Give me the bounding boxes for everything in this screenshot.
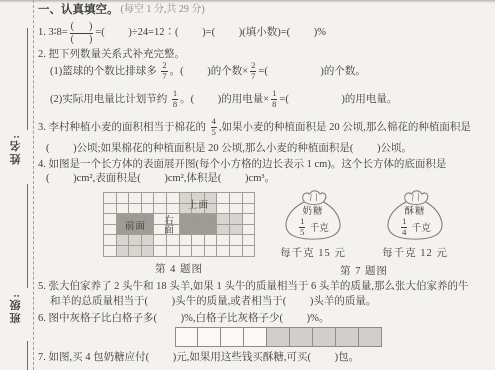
question-5-line-1: 5. 张大伯家养了 2 头牛和 18 头羊,如果 1 头牛的质量相当于 6 头羊…: [38, 280, 469, 293]
fraction-denominator: 8: [271, 99, 277, 110]
bag-weight: 1 5 千克: [297, 217, 329, 238]
fraction-numerator: 2: [250, 61, 256, 71]
section-score-note: (每空 1 分,共 29 分): [121, 4, 205, 17]
q3-text-c: ( )公顷;如果棉花的种植面积是 20 公顷,那么小麦的种植面积是( )公顷。: [46, 142, 412, 155]
fraction-numerator: 1: [299, 217, 305, 227]
net-cell: [243, 193, 256, 204]
net-cell: [167, 235, 180, 246]
net-cell: [129, 246, 142, 257]
q6-text: 6. 图中灰格子比白格子多( )%,白格子比灰格子少( )%。: [38, 312, 329, 325]
fraction-denominator: 5: [211, 127, 217, 138]
fraction-denominator: 5: [299, 227, 305, 238]
net-cell: [117, 204, 130, 215]
name-label: 姓名:: [8, 133, 24, 165]
strip-white-square: [221, 327, 244, 347]
net-cell: [142, 235, 155, 246]
net-cell: [217, 225, 230, 236]
bag-weight-fraction: 1 4: [401, 217, 407, 238]
net-cell: [154, 204, 167, 215]
question-2-item-2: (2)实际用电量比计划节约 1 8 。( )的用电量× 1 8 =( )的用电量…: [50, 89, 397, 110]
net-cell: [243, 235, 256, 246]
net-cell: [217, 214, 230, 225]
q2i1-text-a: (1)篮球的个数比排球多: [50, 65, 159, 78]
net-cell: [192, 214, 205, 225]
bag-weight-unit: 千克: [307, 220, 328, 234]
net-cell: [167, 193, 180, 204]
net-cell: [180, 246, 193, 257]
q2i1-fraction-2: 2 7: [250, 61, 256, 82]
q2i2-text-b: 。( )的用电量×: [180, 93, 269, 106]
net-cell: [192, 235, 205, 246]
class-label: 班级:: [8, 292, 24, 324]
net-cell: [217, 204, 230, 215]
net-cell: [180, 225, 193, 236]
question-2-item-1: (1)篮球的个数比排球多 2 7 。( )的个数× 2 7 =( )的个数。: [50, 61, 366, 82]
fraction-denominator: 7: [250, 71, 256, 82]
strip-gray-square: [359, 327, 382, 347]
net-cell: [230, 225, 243, 236]
net-cell: [230, 204, 243, 215]
q3-text-b: ,如果小麦的种植面积是 20 公顷,那么棉花的种植面积是: [219, 121, 471, 134]
net-cell: [104, 214, 117, 225]
section-title: 一、认真填空。: [38, 3, 119, 17]
q2i2-fraction-1: 1 8: [172, 89, 178, 110]
strip-gray-square: [336, 327, 359, 347]
q4-text-b: ( )cm²,表面积是( )cm²,体积是( )cm³。: [46, 172, 275, 185]
net-face-label: 右面: [154, 214, 179, 235]
bag-candy-name: 奶糖: [302, 203, 323, 217]
q2i1-fraction-1: 2 7: [161, 61, 167, 82]
net-cell: [104, 246, 117, 257]
q1-text-pre: 1. 3∶8=: [38, 26, 68, 39]
strip-gray-square: [290, 327, 313, 347]
net-cell: [142, 204, 155, 215]
q2i2-fraction-2: 1 8: [271, 89, 277, 110]
net-cell: [104, 193, 117, 204]
q1-text-post: =( )÷24=12∶( )=( )(填小数)=( )%: [95, 26, 326, 39]
bottom-write-line: [27, 341, 28, 370]
net-cell: [129, 193, 142, 204]
net-cell: [230, 214, 243, 225]
net-cell: [117, 235, 130, 246]
question-3-line-1: 3. 李村种植小麦的面积相当于棉花的 4 5 ,如果小麦的种植面积是 20 公顷…: [38, 117, 471, 138]
net-cell: [192, 246, 205, 257]
strip-gray-square: [267, 327, 290, 347]
net-caption: 第 4 题图: [103, 261, 255, 276]
net-cell: [104, 204, 117, 215]
net-cell: [230, 193, 243, 204]
q5-text-a: 5. 张大伯家养了 2 头牛和 18 头羊,如果 1 头牛的质量相当于 6 头羊…: [38, 280, 469, 293]
bags-row: 奶糖 1 5 千克 每千克 15 元: [264, 186, 464, 260]
bags-caption: 第 7 题图: [264, 263, 464, 278]
net-cell: [217, 193, 230, 204]
net-cell: [230, 235, 243, 246]
q4-text-a: 4. 如图是一个长方体的表面展开图(每个小方格的边长表示 1 cm)。这个长方体…: [38, 158, 446, 171]
question-5-line-2: 和羊的总质量相当于( )头牛的质量,或者相当于( )头羊的质量。: [50, 295, 376, 308]
net-cell: [129, 235, 142, 246]
net-cell: [154, 235, 167, 246]
strip-gray-square: [313, 327, 336, 347]
question-1: 1. 3∶8= ( ) ( ) =( )÷24=12∶( )=( )(填小数)=…: [38, 21, 326, 45]
q1-blank-fraction: ( ) ( ): [70, 21, 94, 45]
net-cell: [205, 246, 218, 257]
bag-weight: 1 4 千克: [399, 217, 431, 238]
net-cell: [205, 225, 218, 236]
net-cell: [205, 235, 218, 246]
name-write-line: [27, 28, 28, 130]
bag-icon: 酥糖 1 4 千克: [376, 186, 454, 242]
net-cell: [180, 235, 193, 246]
strip-white-square: [198, 327, 221, 347]
net-cell: [243, 214, 256, 225]
fraction-numerator: 1: [401, 217, 407, 227]
net-cell: [230, 246, 243, 257]
fraction-numerator: 1: [172, 89, 178, 99]
net-cell: [142, 193, 155, 204]
class-write-line: [27, 184, 28, 288]
bag-crisp-candy: 酥糖 1 4 千克 每千克 12 元: [372, 186, 458, 260]
bag-price: 每千克 15 元: [280, 245, 346, 260]
bag-weight-fraction: 1 5: [299, 217, 305, 238]
net-cell: [154, 193, 167, 204]
bag-milk-candy: 奶糖 1 5 千克 每千克 15 元: [270, 186, 356, 260]
q2i1-text-c: =( )的个数。: [258, 65, 365, 78]
fraction-denominator: 4: [401, 227, 407, 238]
net-face-label: 前面: [117, 214, 155, 235]
q1-fraction-denominator: ( ): [70, 33, 94, 46]
net-cell: [180, 214, 193, 225]
net-cell: [205, 214, 218, 225]
net-cell: [129, 204, 142, 215]
bag-candy-name: 酥糖: [404, 203, 425, 217]
fraction-numerator: 2: [161, 61, 167, 71]
q2i2-text-a: (2)实际用电量比计划节约: [50, 93, 170, 106]
fraction-denominator: 7: [161, 71, 167, 82]
question-4-line-1: 4. 如图是一个长方体的表面展开图(每个小方格的边长表示 1 cm)。这个长方体…: [38, 158, 446, 171]
net-cell: [142, 246, 155, 257]
question-6: 6. 图中灰格子比白格子多( )%,白格子比灰格子少( )%。: [38, 312, 329, 325]
question-3-line-2: ( )公顷;如果棉花的种植面积是 20 公顷,那么小麦的种植面积是( )公顷。: [46, 142, 412, 155]
net-cell: [117, 246, 130, 257]
q3-fraction: 4 5: [211, 117, 217, 138]
net-face-label: 上面: [180, 193, 218, 214]
fraction-numerator: 4: [211, 117, 217, 127]
net-cell: [243, 246, 256, 257]
net-cell: [167, 246, 180, 257]
q2i2-text-c: =( )的用电量。: [279, 93, 397, 106]
bag-text-overlay: 酥糖 1 4 千克: [376, 186, 454, 242]
fraction-numerator: 1: [271, 89, 277, 99]
exam-page: 姓名: 班级: 一、认真填空。 (每空 1 分,共 29 分) 1. 3∶8= …: [0, 0, 495, 370]
margin-divider: [33, 0, 34, 370]
q6-squares-strip: [175, 327, 382, 347]
net-grid: 上面前面右面: [103, 192, 255, 257]
net-cell: [243, 225, 256, 236]
bag-text-overlay: 奶糖 1 5 千克: [274, 186, 352, 242]
q1-fraction-numerator: ( ): [70, 21, 94, 33]
net-cell: [217, 235, 230, 246]
strip-white-square: [244, 327, 267, 347]
net-cell: [104, 235, 117, 246]
net-cell: [104, 225, 117, 236]
section-header: 一、认真填空。 (每空 1 分,共 29 分): [38, 3, 205, 17]
bag-weight-unit: 千克: [409, 220, 430, 234]
q5-text-b: 和羊的总质量相当于( )头牛的质量,或者相当于( )头羊的质量。: [50, 295, 376, 308]
bag-price: 每千克 12 元: [382, 245, 448, 260]
strip-white-square: [175, 327, 198, 347]
question-7: 7. 如图,买 4 包奶糖应付( )元,如果用这些钱买酥糖,可买( )包。: [38, 351, 359, 364]
net-cell: [154, 246, 167, 257]
question-4-line-2: ( )cm²,表面积是( )cm²,体积是( )cm³。: [46, 172, 275, 185]
bag-icon: 奶糖 1 5 千克: [274, 186, 352, 242]
net-cell: [167, 204, 180, 215]
q7-text: 7. 如图,买 4 包奶糖应付( )元,如果用这些钱买酥糖,可买( )包。: [38, 351, 359, 364]
bags-figure: 奶糖 1 5 千克 每千克 15 元: [264, 186, 464, 278]
net-cell: [243, 204, 256, 215]
q3-text-a: 3. 李村种植小麦的面积相当于棉花的: [38, 121, 209, 134]
net-cell: [117, 193, 130, 204]
net-cell: [217, 246, 230, 257]
net-cell: [192, 225, 205, 236]
q2i1-text-b: 。( )的个数×: [170, 65, 249, 78]
fraction-denominator: 8: [172, 99, 178, 110]
